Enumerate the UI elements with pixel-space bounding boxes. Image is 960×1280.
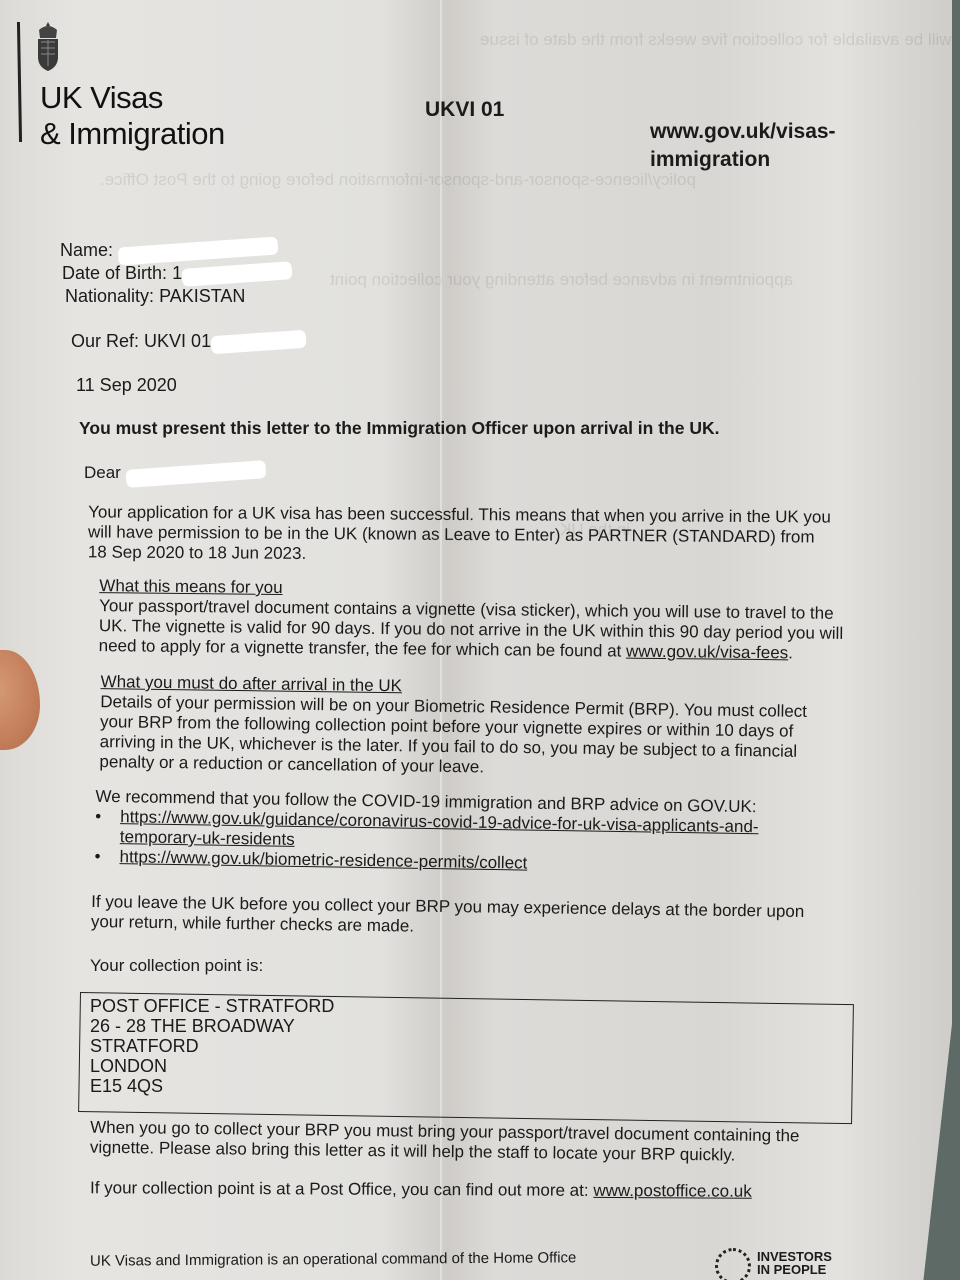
letter-page: Your BRP card will be available for coll… (0, 0, 952, 1280)
letter-date: 11 Sep 2020 (76, 375, 177, 396)
intro-paragraph: Your application for a UK visa has been … (88, 502, 831, 567)
laurel-icon (715, 1248, 751, 1280)
section-what-this-means: What this means for you Your passport/tr… (99, 576, 844, 664)
organisation-name: UK Visas & Immigration (40, 80, 225, 152)
bullet: • (95, 807, 101, 827)
website-address: www.gov.uk/visas- immigration (650, 118, 836, 174)
nationality-field: Nationality: PAKISTAN (65, 286, 245, 307)
footer-text: UK Visas and Immigration is an operation… (90, 1248, 576, 1271)
redaction (118, 237, 279, 266)
bullet: • (94, 847, 100, 867)
collection-label: Your collection point is: (90, 956, 263, 976)
covid-advice: We recommend that you follow the COVID-1… (94, 787, 759, 877)
redaction (211, 330, 307, 355)
reference-heading: UKVI 01 (425, 98, 504, 122)
section-after-arrival: What you must do after arrival in the UK… (99, 672, 807, 782)
our-ref-field: Our Ref: UKVI 01 (71, 331, 306, 352)
post-office-info: If your collection point is at a Post Of… (90, 1178, 752, 1201)
bring-documents: When you go to collect your BRP you must… (90, 1118, 800, 1167)
leave-warning: If you leave the UK before you collect y… (91, 892, 805, 942)
royal-crest-icon (35, 22, 61, 72)
letterhead-rule (17, 22, 22, 142)
redaction (125, 460, 266, 488)
bleed-through-text: appointment in advance before attending … (330, 270, 793, 290)
bleed-through-text: Your BRP card will be available for coll… (480, 30, 960, 50)
arrival-notice: You must present this letter to the Immi… (79, 418, 719, 438)
collection-address: POST OFFICE - STRATFORD 26 - 28 THE BROA… (90, 996, 334, 1096)
postoffice-link[interactable]: www.postoffice.co.uk (593, 1181, 752, 1201)
redaction (182, 261, 293, 287)
name-field: Name: (60, 240, 278, 261)
visa-fees-link[interactable]: www.gov.uk/visa-fees (626, 642, 788, 663)
salutation: Dear (84, 463, 266, 483)
dob-field: Date of Birth: 1 (62, 263, 292, 284)
bleed-through-text: policy/licence-sponsor-and-sponsor-infor… (100, 170, 696, 190)
